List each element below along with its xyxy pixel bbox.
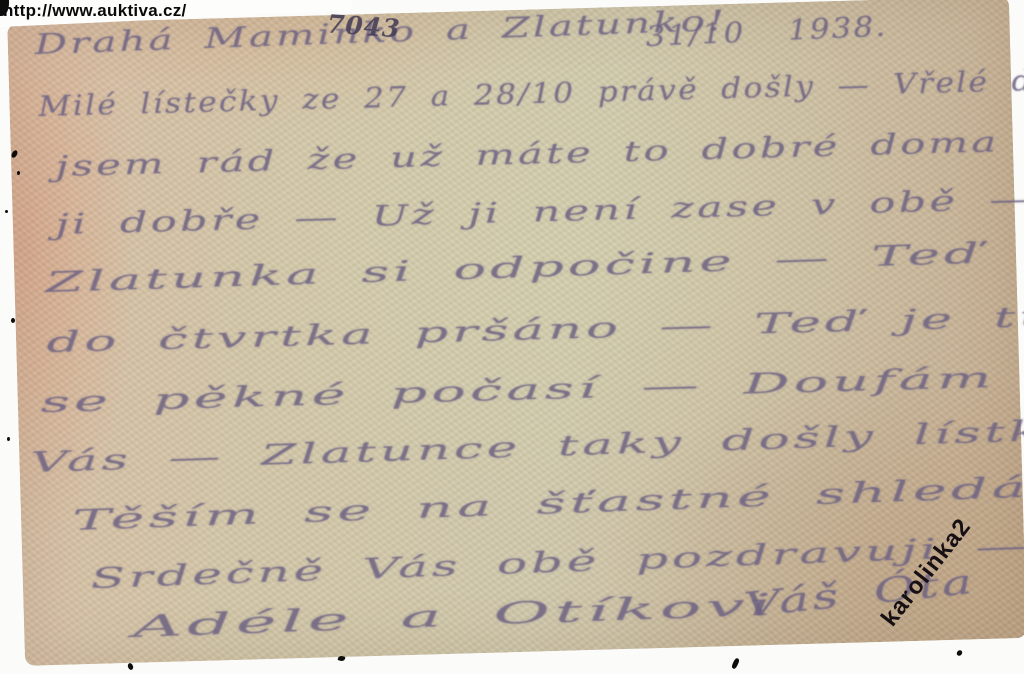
scan-speck — [5, 210, 8, 213]
scan-speck — [7, 437, 10, 441]
scan-speck — [127, 662, 134, 670]
scan-speck — [11, 318, 15, 323]
handwritten-catalog-number: 7043 — [326, 9, 401, 43]
scan-speck — [17, 171, 20, 175]
scanned-postcard-image: Drahá Maminko a Zlatunko! 31/10 1938. Mi… — [0, 0, 1024, 674]
scan-speck — [956, 649, 964, 657]
scan-speck — [731, 657, 740, 669]
source-url-watermark: http://www.auktiva.cz/ — [3, 1, 187, 21]
scan-speck — [337, 655, 345, 662]
